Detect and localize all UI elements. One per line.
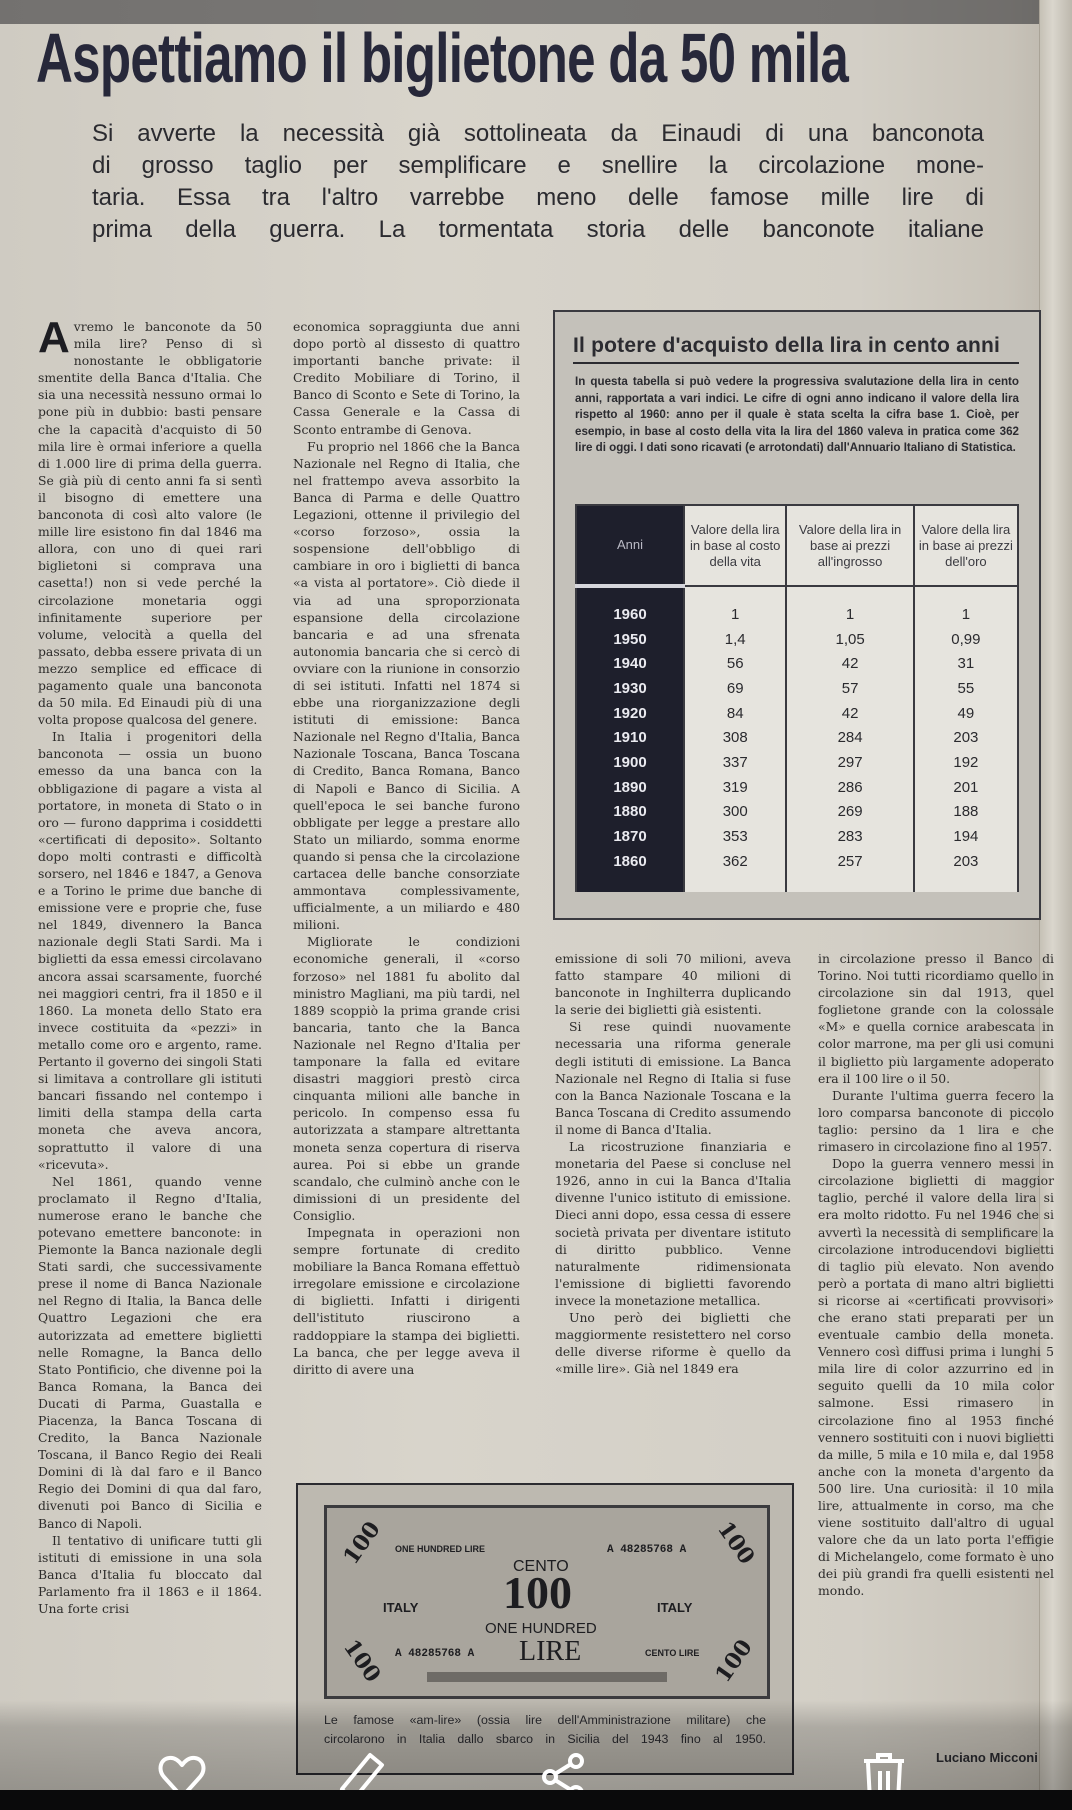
value-cell: 203 xyxy=(914,849,1018,874)
value-cell: 257 xyxy=(786,849,913,874)
paragraph: In Italia i progenitori della banconota … xyxy=(38,728,262,1172)
table-row: 1890319286201 xyxy=(576,775,1018,800)
year-cell: 1880 xyxy=(576,800,684,825)
paragraph: Migliorate le condizioni economiche gene… xyxy=(293,933,520,1224)
paragraph: Avremo le banconote da 50 mila lire? Pen… xyxy=(38,318,262,728)
note-lire: LIRE xyxy=(519,1636,581,1668)
value-cell: 297 xyxy=(786,750,913,775)
note-issued-in: ITALY xyxy=(383,1600,418,1615)
note-value: 100 xyxy=(503,1566,572,1619)
banknote-figure: 100 100 100 100 ONE HUNDRED LIRE A 48285… xyxy=(296,1483,794,1775)
table-row: 1910308284203 xyxy=(576,726,1018,751)
value-cell: 201 xyxy=(914,775,1018,800)
paragraph: Durante l'ultima guerra fecero la loro c… xyxy=(818,1087,1054,1155)
box-title: Il potere d'acquisto della lira in cento… xyxy=(573,334,1019,364)
value-cell: 1 xyxy=(786,602,913,627)
corner-value: 100 xyxy=(338,1517,386,1570)
article-column-3: emissione di soli 70 milioni, aveva fatt… xyxy=(555,950,791,1377)
year-cell: 1950 xyxy=(576,627,684,652)
paragraph: in circolazione presso il Banco di Torin… xyxy=(818,950,1054,1087)
paragraph: Nel 1861, quando venne proclamato il Reg… xyxy=(38,1173,262,1532)
value-cell: 1 xyxy=(914,602,1018,627)
paragraph: Dopo la guerra vennero messi in circolaz… xyxy=(818,1155,1054,1599)
paragraph: Si rese quindi nuovamente necessaria una… xyxy=(555,1018,791,1138)
corner-value: 100 xyxy=(338,1635,386,1688)
year-cell: 1940 xyxy=(576,652,684,677)
table-row: 1940564231 xyxy=(576,652,1018,677)
paragraph: La ricostruzione finanziaria e monetaria… xyxy=(555,1138,791,1309)
value-cell: 56 xyxy=(684,652,786,677)
article-column-1: Avremo le banconote da 50 mila lire? Pen… xyxy=(38,318,262,1617)
value-cell: 31 xyxy=(914,652,1018,677)
year-cell: 1920 xyxy=(576,701,684,726)
value-cell: 57 xyxy=(786,676,913,701)
value-cell: 42 xyxy=(786,652,913,677)
value-cell: 362 xyxy=(684,849,786,874)
article-column-2: economica sopraggiunta due anni dopo por… xyxy=(293,318,520,1378)
paragraph: Uno però dei biglietti che maggiormente … xyxy=(555,1309,791,1377)
value-cell: 42 xyxy=(786,701,913,726)
header-cost-of-living: Valore della lira in base al costo della… xyxy=(684,505,786,586)
year-cell: 1900 xyxy=(576,750,684,775)
header-wholesale: Valore della lira in base ai prezzi all'… xyxy=(786,505,913,586)
header-gold: Valore della lira in base ai prezzi dell… xyxy=(914,505,1018,586)
value-cell: 55 xyxy=(914,676,1018,701)
value-cell: 84 xyxy=(684,701,786,726)
paragraph: economica sopraggiunta due anni dopo por… xyxy=(293,318,520,438)
value-cell: 203 xyxy=(914,726,1018,751)
headline: Aspettiamo il biglietone da 50 mila xyxy=(36,18,1058,98)
year-cell: 1870 xyxy=(576,824,684,849)
value-cell: 1,05 xyxy=(786,627,913,652)
table-row: 19501,41,050,99 xyxy=(576,627,1018,652)
value-cell: 1 xyxy=(684,602,786,627)
value-cell: 69 xyxy=(684,676,786,701)
note-issued-in: ITALY xyxy=(657,1600,692,1615)
value-cell: 269 xyxy=(786,800,913,825)
note-band xyxy=(427,1672,667,1682)
subheadline: Si avverte la necessità già sottolineata… xyxy=(92,118,984,246)
note-top-label: ONE HUNDRED LIRE xyxy=(395,1544,485,1554)
year-cell: 1890 xyxy=(576,775,684,800)
banknote-image: 100 100 100 100 ONE HUNDRED LIRE A 48285… xyxy=(324,1505,770,1699)
caption-line: Le famose «am-lire» (ossia lire dell'Amm… xyxy=(324,1711,766,1730)
header-years: Anni xyxy=(576,505,684,586)
purchasing-power-box: Il potere d'acquisto della lira in cento… xyxy=(553,310,1041,920)
value-cell: 194 xyxy=(914,824,1018,849)
value-cell: 284 xyxy=(786,726,913,751)
note-one-hundred: ONE HUNDRED xyxy=(485,1620,597,1637)
value-cell: 353 xyxy=(684,824,786,849)
value-cell: 1,4 xyxy=(684,627,786,652)
table-row: 1930695755 xyxy=(576,676,1018,701)
note-serial: A 48285768 A xyxy=(395,1648,474,1660)
value-cell: 283 xyxy=(786,824,913,849)
corner-value: 100 xyxy=(710,1635,758,1688)
table-row: 1860362257203 xyxy=(576,849,1018,874)
table-row: 1880300269188 xyxy=(576,800,1018,825)
author-byline: Luciano Micconi xyxy=(936,1750,1038,1765)
value-cell: 300 xyxy=(684,800,786,825)
value-cell: 319 xyxy=(684,775,786,800)
year-cell: 1930 xyxy=(576,676,684,701)
figure-caption: Le famose «am-lire» (ossia lire dell'Amm… xyxy=(324,1711,766,1749)
paragraph: Il tentativo di unificare tutti gli isti… xyxy=(38,1532,262,1617)
table-header-row: Anni Valore della lira in base al costo … xyxy=(576,505,1018,586)
lira-value-table: Anni Valore della lira in base al costo … xyxy=(575,504,1019,892)
paragraph: Fu proprio nel 1866 che la Banca Naziona… xyxy=(293,438,520,934)
value-cell: 0,99 xyxy=(914,627,1018,652)
value-cell: 308 xyxy=(684,726,786,751)
note-cento-lire: CENTO LIRE xyxy=(645,1648,699,1658)
table-row: 1900337297192 xyxy=(576,750,1018,775)
subhead-line: Si avverte la necessità già sottolineata… xyxy=(92,118,984,150)
year-cell: 1910 xyxy=(576,726,684,751)
note-serial: A 48285768 A xyxy=(607,1544,686,1556)
subhead-line: taria. Essa tra l'altro varrebbe meno de… xyxy=(92,182,984,214)
article-column-4: in circolazione presso il Banco di Torin… xyxy=(818,950,1054,1600)
table-row: 1960111 xyxy=(576,602,1018,627)
table-row: 1870353283194 xyxy=(576,824,1018,849)
magazine-page-photo: Aspettiamo il biglietone da 50 mila Si a… xyxy=(0,0,1072,1810)
paragraph: emissione di soli 70 milioni, aveva fatt… xyxy=(555,950,791,1018)
year-cell: 1860 xyxy=(576,849,684,874)
value-cell: 192 xyxy=(914,750,1018,775)
drop-cap: A xyxy=(38,320,70,356)
value-cell: 286 xyxy=(786,775,913,800)
box-intro: In questa tabella si può vedere la progr… xyxy=(575,374,1019,457)
value-cell: 188 xyxy=(914,800,1018,825)
subhead-line: di grosso taglio per semplificare e snel… xyxy=(92,150,984,182)
table-row: 1920844249 xyxy=(576,701,1018,726)
system-navigation-bar xyxy=(0,1790,1072,1810)
value-cell: 337 xyxy=(684,750,786,775)
paragraph: Impegnata in operazioni non sempre fortu… xyxy=(293,1224,520,1378)
corner-value: 100 xyxy=(712,1517,760,1570)
subhead-line: prima della guerra. La tormentata storia… xyxy=(92,214,984,246)
value-cell: 49 xyxy=(914,701,1018,726)
year-cell: 1960 xyxy=(576,602,684,627)
